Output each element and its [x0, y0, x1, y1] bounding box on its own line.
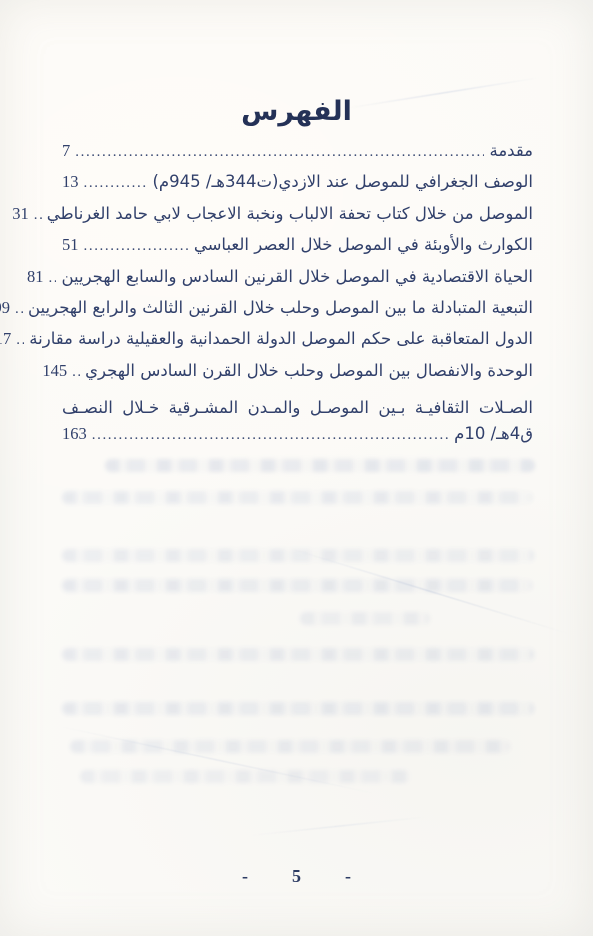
toc-entry-page: 117	[0, 329, 11, 349]
toc-entry-title: ق4هـ/ 10م	[454, 424, 533, 445]
crease-line	[55, 725, 378, 795]
toc-entry-page: 99	[0, 298, 10, 318]
toc-entry-title: الدول المتعاقبة على حكم الموصل الدولة ال…	[29, 329, 533, 350]
bleed-through-line	[62, 648, 534, 661]
footer-dash-left: -	[242, 866, 248, 887]
toc-entry: الوحدة والانفصال بين الموصل وحلب خلال ال…	[62, 361, 533, 392]
toc-entry: الدول المتعاقبة على حكم الموصل الدولة ال…	[62, 329, 533, 360]
toc-entry-page: 163	[62, 424, 87, 444]
crease-line	[250, 816, 429, 836]
page-number-footer: - 5 -	[0, 866, 593, 887]
toc-entry-page: 51	[62, 235, 79, 255]
bleed-through-line	[62, 491, 532, 504]
bleed-through-line	[80, 770, 410, 783]
bleed-through-line	[300, 612, 430, 625]
toc-entry-page: 13	[62, 172, 79, 192]
dot-leader: ........................................…	[15, 301, 23, 318]
toc-entry-page: 7	[62, 141, 70, 161]
toc-entry: التبعية المتبادلة ما بين الموصل وحلب خلا…	[62, 298, 533, 329]
dot-leader: ........................................…	[92, 427, 449, 444]
toc-entry-page: 145	[42, 361, 67, 381]
toc-entry-title: الوصف الجغرافي للموصل عند الازدي(ت344هـ/…	[153, 172, 534, 193]
bleed-through-line	[70, 740, 510, 753]
bleed-through-line	[62, 702, 534, 715]
toc-entry-title: الموصل من خلال كتاب تحفة الالباب ونخبة ا…	[47, 204, 533, 225]
footer-page-number: 5	[292, 866, 301, 887]
toc-entry: مقدمة ..................................…	[62, 141, 533, 172]
toc-entry-page: 81	[27, 267, 44, 287]
dot-leader: ........................................…	[16, 332, 24, 349]
toc-entry-title: مقدمة	[489, 141, 533, 162]
toc-entry: الموصل من خلال كتاب تحفة الالباب ونخبة ا…	[62, 204, 533, 235]
toc-entry-title: الحياة الاقتصادية في الموصل خلال القرنين…	[61, 267, 533, 288]
toc-entry-wrapped-line2: ق4هـ/ 10م ..............................…	[62, 424, 533, 455]
scanned-book-page: { "page": { "title": "الفهرس", "footer":…	[0, 0, 593, 936]
dot-leader: ........................................…	[75, 144, 484, 161]
toc-entry-page: 31	[12, 204, 29, 224]
toc-entry: الكوارث والأوبئة في الموصل خلال العصر ال…	[62, 235, 533, 266]
toc-entry-title: الوحدة والانفصال بين الموصل وحلب خلال ال…	[85, 361, 533, 382]
crease-line	[290, 548, 568, 634]
toc-entry-title: الصـلات الثقافيـة بـين الموصـل والمـدن ا…	[62, 398, 533, 423]
dot-leader: ........................................…	[34, 207, 42, 224]
bleed-through-line	[105, 459, 535, 472]
toc-entry-wrapped-line1: الصـلات الثقافيـة بـين الموصـل والمـدن ا…	[62, 392, 533, 423]
dot-leader: ........................................…	[48, 270, 56, 287]
bleed-through-line	[62, 579, 532, 592]
bleed-through-line	[62, 549, 534, 562]
toc-entry-title: الكوارث والأوبئة في الموصل خلال العصر ال…	[194, 235, 533, 256]
footer-dash-right: -	[345, 866, 351, 887]
toc-entry: الحياة الاقتصادية في الموصل خلال القرنين…	[62, 267, 533, 298]
toc-entry: الوصف الجغرافي للموصل عند الازدي(ت344هـ/…	[62, 172, 533, 203]
dot-leader: ........................................…	[84, 175, 148, 192]
table-of-contents: مقدمة ..................................…	[62, 141, 533, 455]
dot-leader: ........................................…	[84, 238, 189, 255]
dot-leader: ........................................…	[72, 364, 80, 381]
contents-title: الفهرس	[0, 96, 593, 127]
toc-entry-title: التبعية المتبادلة ما بين الموصل وحلب خلا…	[28, 298, 533, 319]
